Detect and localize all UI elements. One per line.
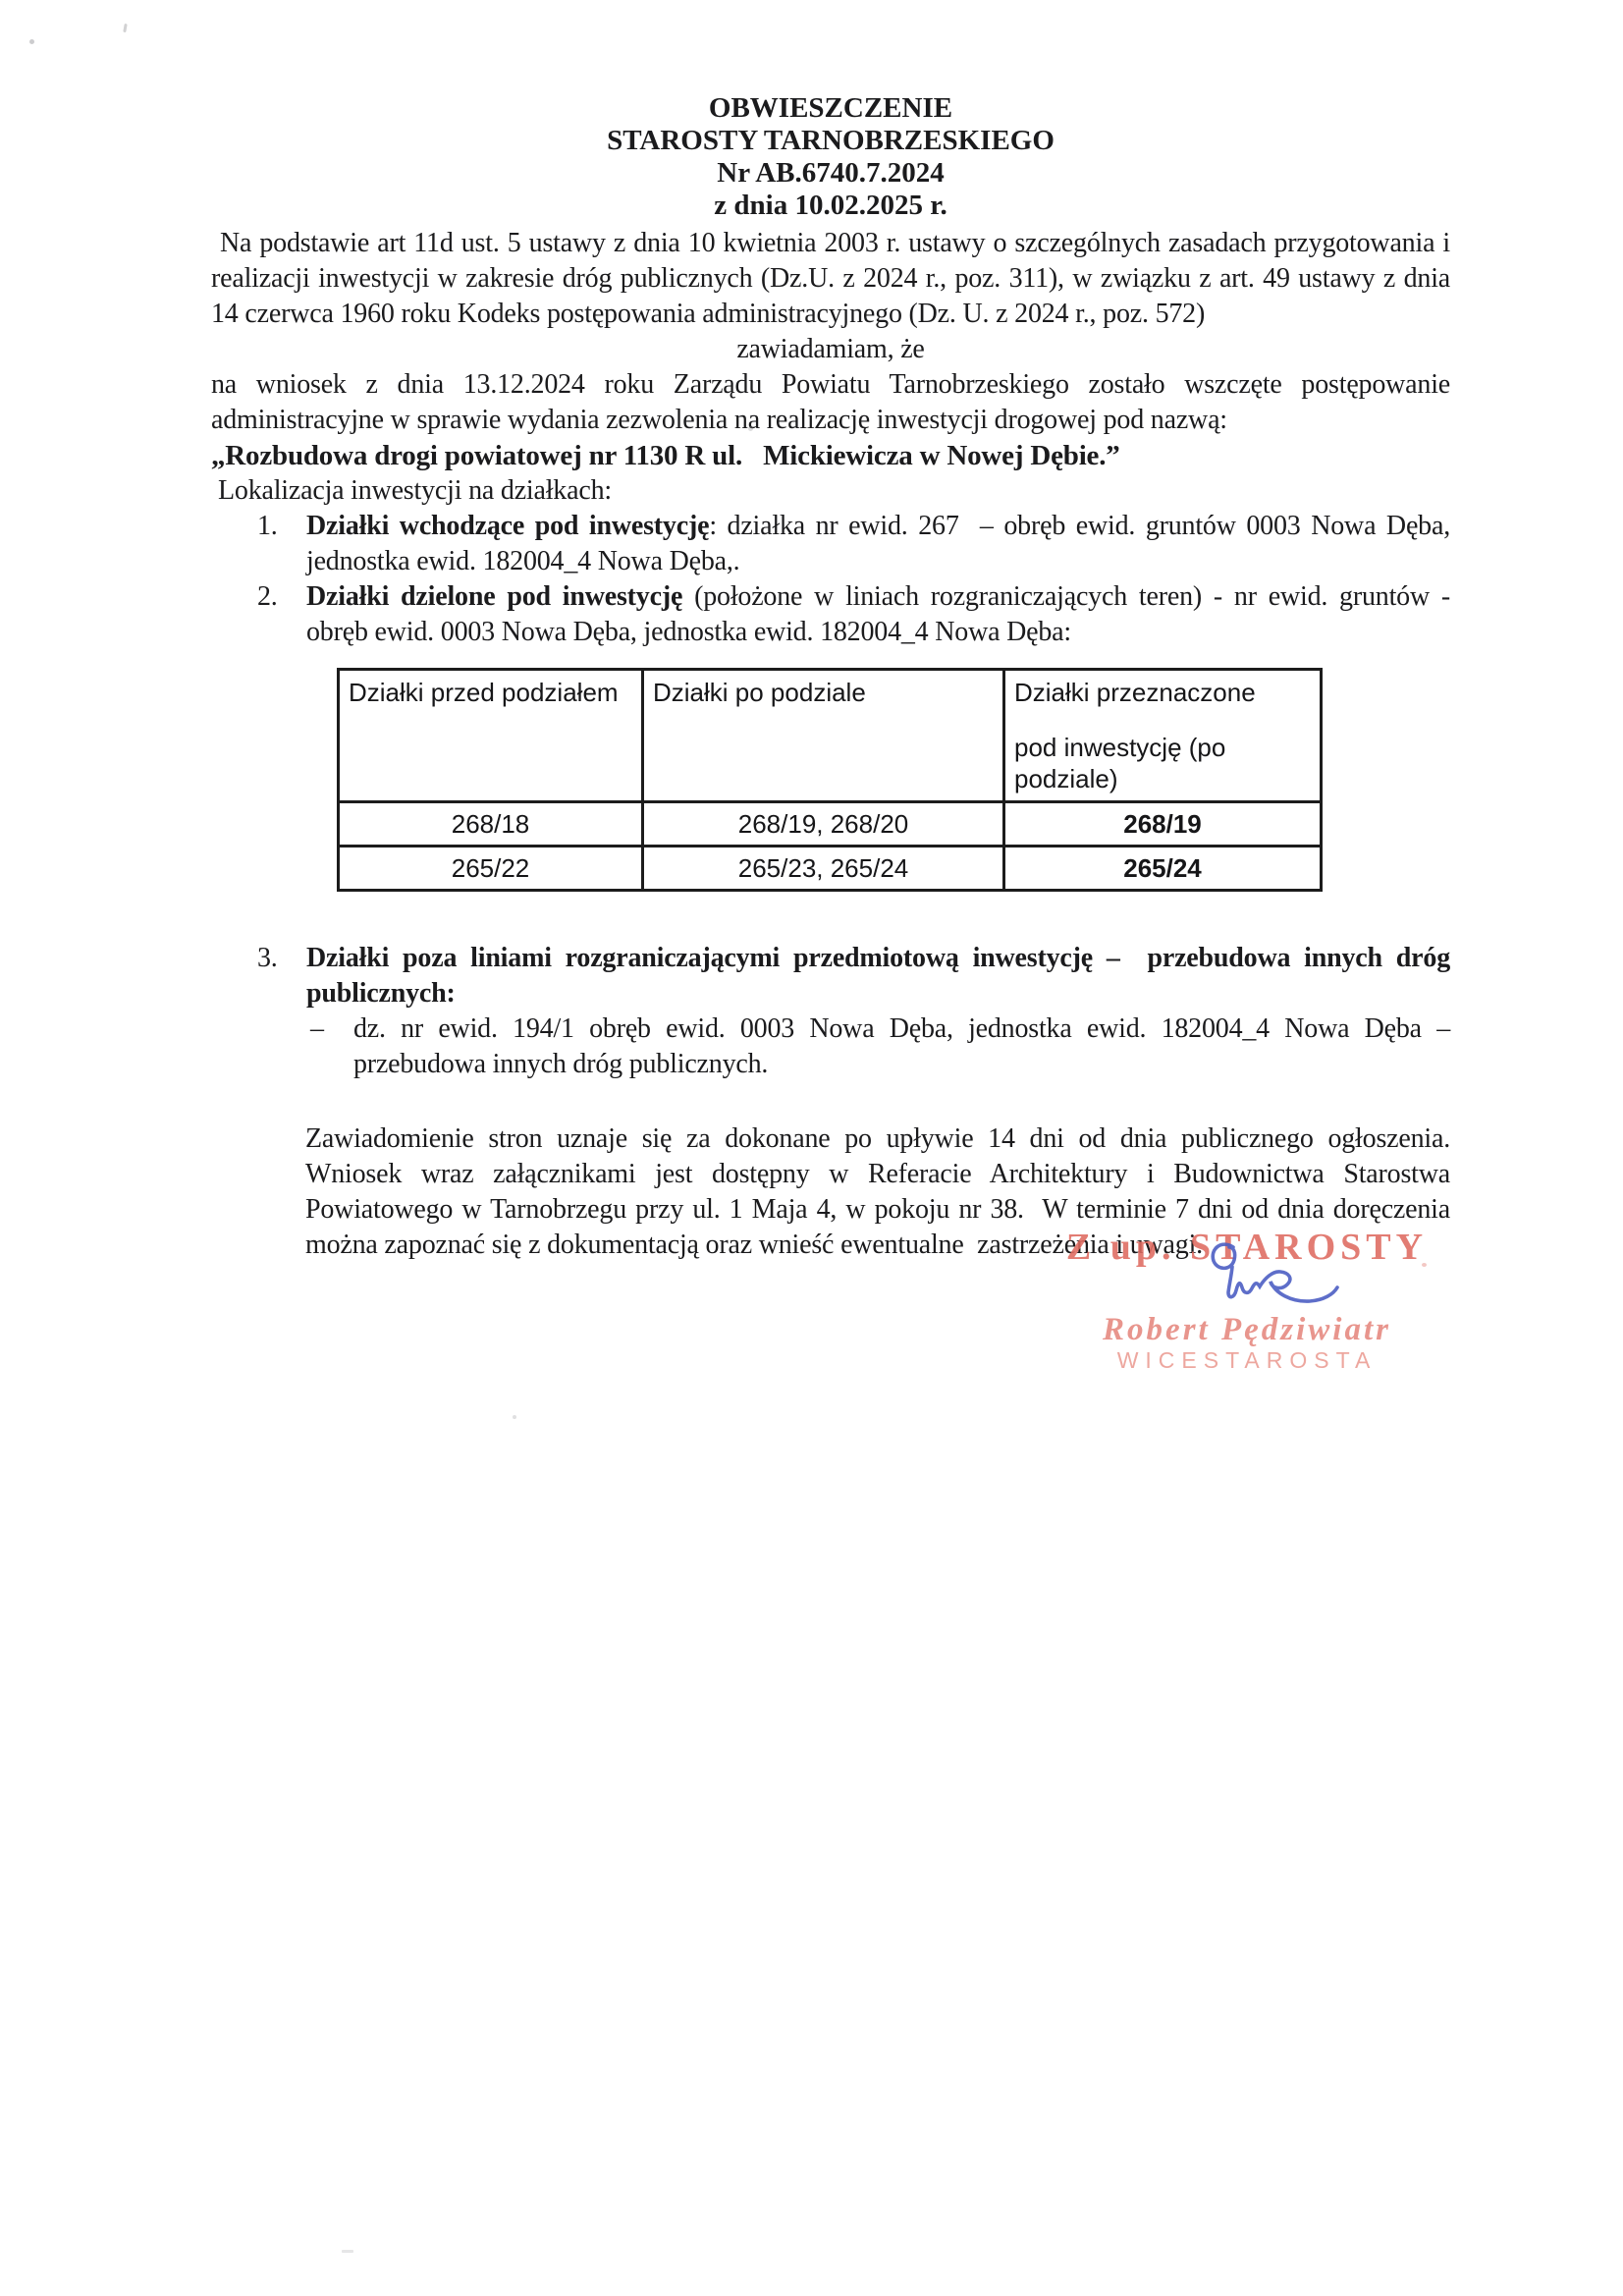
item-lead-bold: Działki poza liniami rozgraniczającymi p…	[306, 943, 1450, 1009]
doc-authority: STAROSTY TARNOBRZESKIEGO	[211, 125, 1450, 157]
table-header-row: Działki przed podziałem Działki po podzi…	[339, 670, 1322, 802]
header-parcels-after: Działki po podziale	[643, 670, 1004, 802]
document-body: OBWIESZCZENIE STAROSTY TARNOBRZESKIEGO N…	[211, 92, 1450, 1263]
cell-designated: 268/19	[1004, 802, 1322, 847]
header-parcels-before: Działki przed podziałem	[339, 670, 643, 802]
request-paragraph: na wniosek z dnia 13.12.2024 roku Zarząd…	[211, 367, 1450, 438]
scan-speck	[342, 2250, 353, 2253]
doc-case-number: Nr AB.6740.7.2024	[211, 157, 1450, 190]
notification-phrase: zawiadamiam, że	[211, 332, 1450, 367]
doc-date: z dnia 10.02.2025 r.	[211, 190, 1450, 222]
parcel-list-item-3: 3. Działki poza liniami rozgraniczającym…	[211, 941, 1450, 1011]
item-text: Działki poza liniami rozgraniczającymi p…	[306, 941, 1450, 1011]
signature-scribble	[1206, 1241, 1348, 1310]
cell-after: 265/23, 265/24	[643, 847, 1004, 891]
signature-ink-path	[1213, 1244, 1234, 1268]
parcel-list-item-2: 2. Działki dzielone pod inwestycję (poło…	[211, 579, 1450, 650]
cell-after: 268/19, 268/20	[643, 802, 1004, 847]
sub-bullet-marker: –	[310, 1011, 353, 1082]
location-heading: Lokalizacja inwestycji na działkach:	[211, 473, 1450, 509]
scan-speck	[748, 426, 753, 431]
parcel-division-table: Działki przed podziałem Działki po podzi…	[337, 668, 1323, 892]
item-text: Działki wchodzące pod inwestycję: działk…	[306, 509, 1450, 579]
doc-title: OBWIESZCZENIE	[211, 92, 1450, 125]
parcel-list-item-1: 1. Działki wchodzące pod inwestycję: dzi…	[211, 509, 1450, 579]
sub-bullet-text: dz. nr ewid. 194/1 obręb ewid. 0003 Nowa…	[353, 1011, 1450, 1082]
scan-speck	[29, 39, 34, 44]
scan-speck	[123, 24, 128, 32]
item-lead-bold: Działki wchodzące pod inwestycję	[306, 511, 709, 541]
legal-basis-paragraph: Na podstawie art 11d ust. 5 ustawy z dni…	[211, 226, 1450, 332]
project-name: „Rozbudowa drogi powiatowej nr 1130 R ul…	[211, 438, 1450, 473]
signer-title: WICESTAROSTA	[1051, 1347, 1443, 1374]
scanned-announcement-page: OBWIESZCZENIE STAROSTY TARNOBRZESKIEGO N…	[0, 0, 1623, 2296]
header-designated-line1: Działki przeznaczone	[1014, 677, 1314, 708]
item-number: 3.	[257, 941, 306, 1011]
scan-speck	[1422, 1263, 1427, 1267]
header-designated-line2: pod inwestycję (po podziale)	[1014, 732, 1314, 794]
item-text: Działki dzielone pod inwestycję (położon…	[306, 579, 1450, 650]
table-row: 265/22 265/23, 265/24 265/24	[339, 847, 1322, 891]
table-row: 268/18 268/19, 268/20 268/19	[339, 802, 1322, 847]
sub-bullet-item: – dz. nr ewid. 194/1 obręb ewid. 0003 No…	[211, 1011, 1450, 1082]
item-number: 1.	[257, 509, 306, 579]
item-number: 2.	[257, 579, 306, 650]
header-parcels-designated: Działki przeznaczone pod inwestycję (po …	[1004, 670, 1322, 802]
signer-name: Robert Pędziwiatr	[1051, 1312, 1443, 1348]
cell-before: 265/22	[339, 847, 643, 891]
cell-before: 268/18	[339, 802, 643, 847]
scan-speck	[513, 1415, 516, 1419]
cell-designated: 265/24	[1004, 847, 1322, 891]
signature-ink-path	[1228, 1267, 1337, 1301]
item-lead-bold: Działki dzielone pod inwestycję	[306, 581, 682, 612]
document-header: OBWIESZCZENIE STAROSTY TARNOBRZESKIEGO N…	[211, 92, 1450, 222]
